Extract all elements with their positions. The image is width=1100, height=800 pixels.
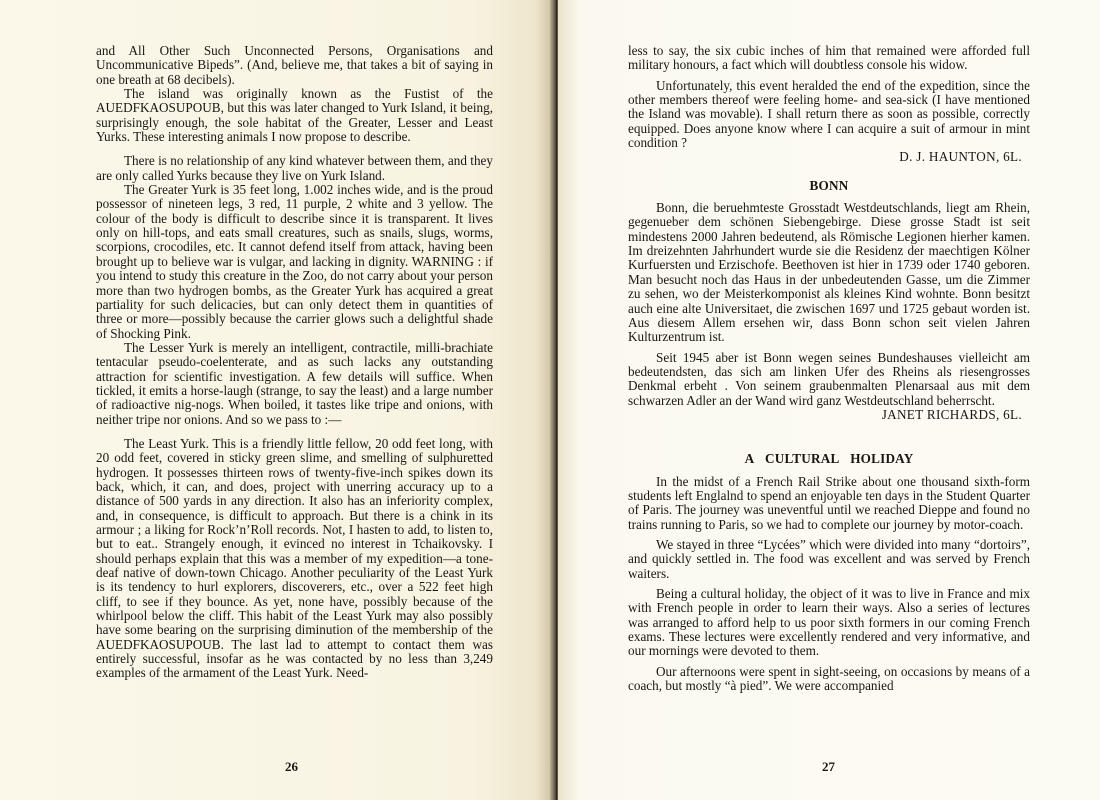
book-spine	[550, 0, 558, 800]
paragraph: In the midst of a French Rail Strike abo…	[628, 475, 1030, 532]
page-number: 27	[822, 759, 835, 775]
paragraph: and All Other Such Unconnected Persons, …	[96, 44, 493, 87]
paragraph: Seit 1945 aber ist Bonn wegen seines Bun…	[628, 351, 1030, 408]
paragraph: The Least Yurk. This is a friendly littl…	[96, 437, 493, 681]
book-spread: and All Other Such Unconnected Persons, …	[0, 0, 1100, 800]
left-page: and All Other Such Unconnected Persons, …	[0, 0, 552, 800]
article-yurk-ending: less to say, the six cubic inches of him…	[628, 44, 1030, 165]
article-cultural-holiday: A CULTURAL HOLIDAY In the midst of a Fre…	[628, 452, 1030, 693]
left-page-text-column: and All Other Such Unconnected Persons, …	[96, 44, 493, 681]
paragraph: Our afternoons were spent in sight-seein…	[628, 665, 1030, 694]
paragraph: Unfortunately, this event heralded the e…	[628, 79, 1030, 151]
paragraph: We stayed in three “Lycées” which were d…	[628, 538, 1030, 581]
page-number: 26	[285, 759, 298, 775]
article-heading: A CULTURAL HOLIDAY	[628, 452, 1030, 466]
paragraph: The island was originally known as the F…	[96, 87, 493, 144]
right-page-text-column: less to say, the six cubic inches of him…	[628, 44, 1030, 693]
paragraph: Bonn, die beruehmteste Grosstadt Westdeu…	[628, 201, 1030, 344]
article-heading: BONN	[628, 179, 1030, 193]
author-signature: D. J. HAUNTON, 6L.	[628, 150, 1030, 164]
article-bonn: BONN Bonn, die beruehmteste Grosstadt We…	[628, 179, 1030, 423]
paragraph: less to say, the six cubic inches of him…	[628, 44, 1030, 73]
paragraph: There is no relationship of any kind wha…	[96, 154, 493, 183]
paragraph: The Greater Yurk is 35 feet long, 1.002 …	[96, 183, 493, 341]
paragraph: The Lesser Yurk is merely an intelligent…	[96, 341, 493, 427]
paragraph: Being a cultural holiday, the object of …	[628, 587, 1030, 659]
author-signature: JANET RICHARDS, 6L.	[628, 408, 1030, 422]
